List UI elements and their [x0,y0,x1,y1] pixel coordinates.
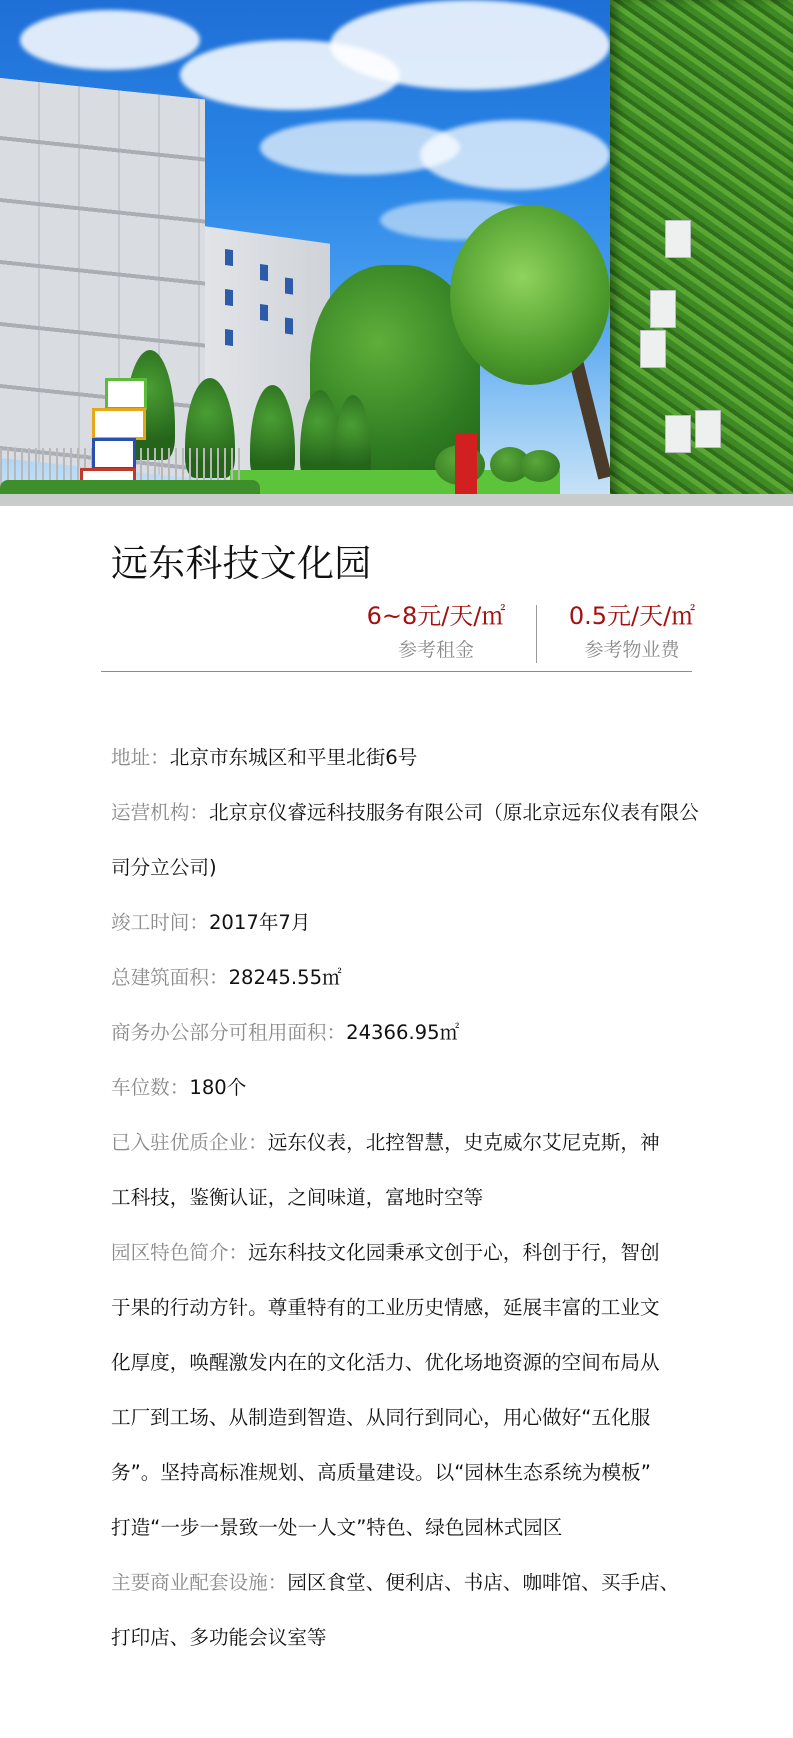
info-value: 28245.55㎡ [229,966,342,989]
info-label: 主要商业配套设施： [111,1571,287,1594]
info-value: 180个 [189,1076,246,1099]
info-parking: 车位数：180个 [111,1060,711,1115]
info-label: 运营机构： [111,801,209,824]
info-value: 打造“一步一景致一处一人文”特色、绿色园林式园区 [111,1516,562,1539]
info-value: 化厚度，唤醒激发内在的文化活力、优化场地资源的空间布局从 [111,1351,660,1374]
info-value: 2017年7月 [209,911,311,934]
property-fee-label: 参考物业费 [566,636,698,664]
info-total-area: 总建筑面积：28245.55㎡ [111,950,711,1005]
info-facilities: 主要商业配套设施：园区食堂、便利店、书店、咖啡馆、买手店、 [111,1555,711,1610]
company-sign [92,408,146,440]
green-plant-wall [610,0,793,506]
company-sign [92,438,136,470]
price-divider [536,605,537,663]
info-features-cont: 工厂到工场、从制造到智造、从同行到同心，用心做好“五化服 [111,1390,711,1445]
shrub [520,450,560,482]
hero-photo [0,0,793,506]
cloud [330,0,610,90]
info-label: 商务办公部分可租用面积： [111,1021,346,1044]
info-features-cont: 化厚度，唤醒激发内在的文化活力、优化场地资源的空间布局从 [111,1335,711,1390]
info-label: 竣工时间： [111,911,209,934]
info-label: 总建筑面积： [111,966,229,989]
info-value: 24366.95㎡ [346,1021,459,1044]
info-value: 于果的行动方针。尊重特有的工业历史情感，延展丰富的工业文 [111,1296,660,1319]
road [0,494,793,506]
info-value: 务”。坚持高标准规划、高质量建设。以“园林生态系统为模板” [111,1461,651,1484]
info-label: 地址： [111,746,170,769]
info-tenants: 已入驻优质企业：远东仪表，北控智慧，史克威尔艾尼克斯，神 [111,1115,711,1170]
info-value: 北京京仪睿远科技服务有限公司（原北京远东仪表有限公 [209,801,699,824]
info-address: 地址：北京市东城区和平里北街6号 [111,730,711,785]
info-tenants-cont: 工科技，鉴衡认证，之间味道，富地时空等 [111,1170,711,1225]
park-info-list: 地址：北京市东城区和平里北街6号 运营机构：北京京仪睿远科技服务有限公司（原北京… [111,730,711,1665]
rent-label: 参考租金 [358,636,514,664]
info-value: 远东科技文化园秉承文创于心，科创于行，智创 [248,1241,659,1264]
info-features-cont: 于果的行动方针。尊重特有的工业历史情感，延展丰富的工业文 [111,1280,711,1335]
info-value: 工厂到工场、从制造到智造、从同行到同心，用心做好“五化服 [111,1406,650,1429]
info-value: 园区食堂、便利店、书店、咖啡馆、买手店、 [287,1571,679,1594]
info-value: 司分立公司) [111,856,217,879]
info-features-cont: 打造“一步一景致一处一人文”特色、绿色园林式园区 [111,1500,711,1555]
reference-property-fee: 0.5元/天/㎡ 参考物业费 [566,600,698,664]
rent-value: 6~8元/天/㎡ [358,600,514,632]
company-sign [105,378,147,410]
cloud [420,120,610,190]
cloud [20,10,200,70]
tree [450,205,610,385]
info-value: 北京市东城区和平里北街6号 [170,746,418,769]
info-features: 园区特色简介：远东科技文化园秉承文创于心，科创于行，智创 [111,1225,711,1280]
info-operator: 运营机构：北京京仪睿远科技服务有限公司（原北京远东仪表有限公 [111,785,711,840]
info-value: 打印店、多功能会议室等 [111,1626,327,1649]
info-value: 远东仪表，北控智慧，史克威尔艾尼克斯，神 [268,1131,660,1154]
header-divider [101,671,692,672]
info-operator-cont: 司分立公司) [111,840,711,895]
info-value: 工科技，鉴衡认证，之间味道，富地时空等 [111,1186,483,1209]
info-label: 已入驻优质企业： [111,1131,268,1154]
park-sign-post [455,433,477,501]
info-office-rentable-area: 商务办公部分可租用面积：24366.95㎡ [111,1005,711,1060]
reference-rent: 6~8元/天/㎡ 参考租金 [358,600,514,664]
info-facilities-cont: 打印店、多功能会议室等 [111,1610,711,1665]
property-fee-value: 0.5元/天/㎡ [566,600,698,632]
info-completion: 竣工时间：2017年7月 [111,895,711,950]
info-label: 车位数： [111,1076,189,1099]
park-title: 远东科技文化园 [111,540,371,588]
info-features-cont: 务”。坚持高标准规划、高质量建设。以“园林生态系统为模板” [111,1445,711,1500]
info-label: 园区特色简介： [111,1241,248,1264]
